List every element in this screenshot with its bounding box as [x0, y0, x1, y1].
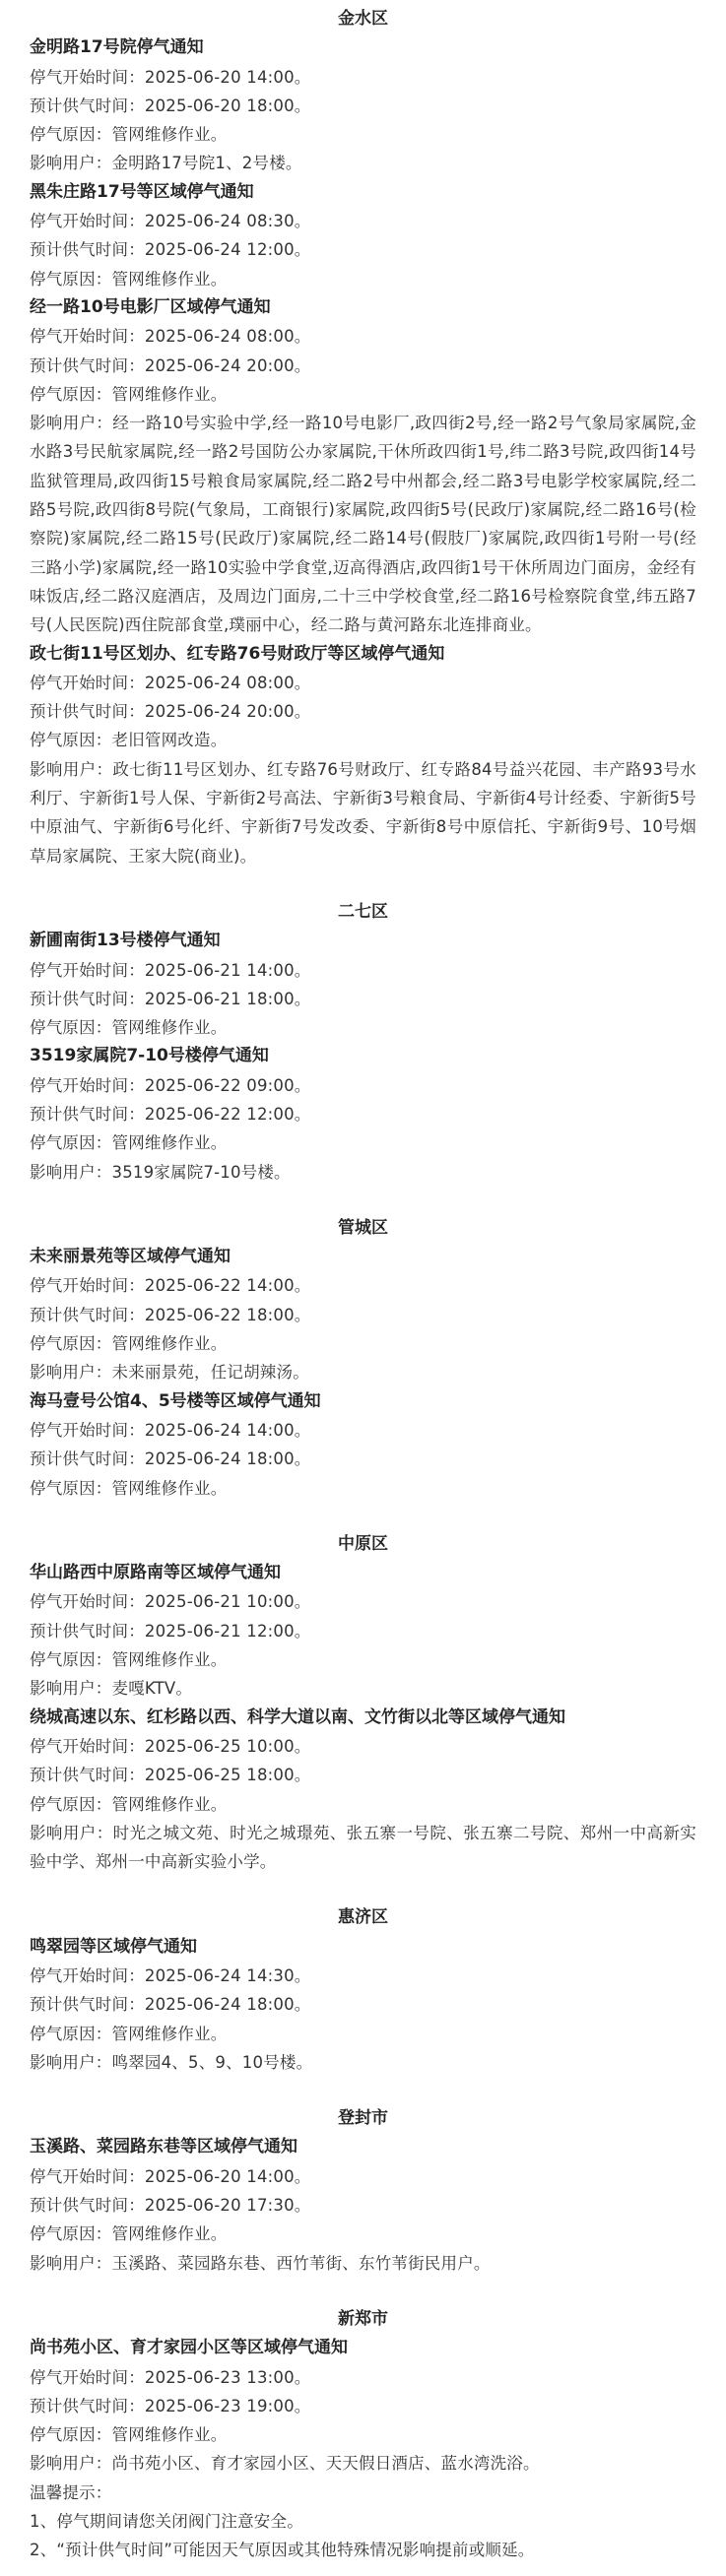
users-value: 3519家属院7-10号楼。: [112, 1163, 291, 1182]
users-label: 影响用户：: [30, 1163, 112, 1182]
notice-title: 新圃南街13号楼停气通知: [30, 927, 696, 955]
start-time: 停气开始时间：2025-06-22 09:00。: [30, 1071, 696, 1100]
district-title: 管城区: [30, 1214, 696, 1243]
notice: 华山路西中原路南等区域停气通知 停气开始时间：2025-06-21 10:00。…: [30, 1559, 696, 1703]
reason-value: 管网维修作业。: [112, 1018, 228, 1037]
reason-label: 停气原因：: [30, 1133, 112, 1152]
end-value: 2025-06-25 18:00。: [145, 1766, 311, 1784]
reason: 停气原因：管网维修作业。: [30, 1790, 696, 1819]
reason: 停气原因：老旧管网改造。: [30, 726, 696, 754]
affected-users: 影响用户：鸣翠园4、5、9、10号楼。: [30, 2048, 696, 2077]
start-value: 2025-06-24 08:00。: [145, 327, 311, 346]
reason-value: 管网维修作业。: [112, 270, 228, 289]
end-label: 预计供气时间：: [30, 2196, 145, 2215]
reason-label: 停气原因：: [30, 2224, 112, 2243]
end-label: 预计供气时间：: [30, 97, 145, 115]
reason-label: 停气原因：: [30, 2025, 112, 2043]
notice-title: 未来丽景苑等区域停气通知: [30, 1243, 696, 1271]
end-label: 预计供气时间：: [30, 1995, 145, 2014]
notice: 绕城高速以东、红杉路以西、科学大道以南、文竹街以北等区域停气通知 停气开始时间：…: [30, 1704, 696, 1877]
users-label: 影响用户：: [30, 1824, 113, 1842]
district-section-huiji: 惠济区 鸣翠园等区域停气通知 停气开始时间：2025-06-24 14:30。 …: [30, 1903, 696, 2077]
end-time: 预计供气时间：2025-06-24 20:00。: [30, 352, 696, 380]
notice: 黑朱庄路17号等区域停气通知 停气开始时间：2025-06-24 08:30。 …: [30, 178, 696, 293]
notice-title: 海马壹号公馆4、5号楼等区域停气通知: [30, 1387, 696, 1416]
start-time: 停气开始时间：2025-06-24 08:00。: [30, 669, 696, 697]
end-value: 2025-06-24 18:00。: [145, 1995, 311, 2014]
start-time: 停气开始时间：2025-06-25 10:00。: [30, 1732, 696, 1761]
users-value: 时光之城文苑、时光之城璟苑、张五寨一号院、张五寨二号院、郑州一中高新实验中学、郑…: [30, 1824, 696, 1871]
end-value: 2025-06-21 18:00。: [145, 990, 311, 1008]
tips-heading: 温馨提示：: [30, 2479, 696, 2507]
district-section-guancheng: 管城区 未来丽景苑等区域停气通知 停气开始时间：2025-06-22 14:00…: [30, 1214, 696, 1503]
reason-label: 停气原因：: [30, 1334, 112, 1353]
end-value: 2025-06-20 17:30。: [145, 2196, 311, 2215]
notice: 鸣翠园等区域停气通知 停气开始时间：2025-06-24 14:30。 预计供气…: [30, 1933, 696, 2077]
end-label: 预计供气时间：: [30, 702, 145, 721]
reason: 停气原因：管网维修作业。: [30, 2220, 696, 2248]
reason: 停气原因：管网维修作业。: [30, 1474, 696, 1503]
tip-item: 1、停气期间请您关闭阀门注意安全。: [30, 2507, 696, 2536]
end-value: 2025-06-24 18:00。: [145, 1449, 311, 1468]
reason-label: 停气原因：: [30, 1650, 112, 1669]
end-value: 2025-06-20 18:00。: [145, 97, 311, 115]
end-value: 2025-06-24 20:00。: [145, 702, 311, 721]
start-label: 停气开始时间：: [30, 327, 145, 346]
end-label: 预计供气时间：: [30, 1766, 145, 1784]
affected-users: 影响用户：玉溪路、菜园路东巷、西竹苇街、东竹苇街民用户。: [30, 2249, 696, 2278]
start-label: 停气开始时间：: [30, 1076, 145, 1095]
end-value: 2025-06-22 18:00。: [145, 1306, 311, 1324]
start-time: 停气开始时间：2025-06-24 08:30。: [30, 207, 696, 235]
reason: 停气原因：管网维修作业。: [30, 380, 696, 409]
reason-value: 管网维修作业。: [112, 1479, 228, 1498]
start-label: 停气开始时间：: [30, 1421, 145, 1440]
start-time: 停气开始时间：2025-06-20 14:00。: [30, 2162, 696, 2191]
reason-value: 管网维修作业。: [112, 2425, 228, 2444]
users-value: 金明路17号院1、2号楼。: [112, 154, 302, 172]
start-label: 停气开始时间：: [30, 212, 145, 230]
end-value: 2025-06-22 12:00。: [145, 1105, 311, 1124]
users-label: 影响用户：: [30, 2254, 112, 2273]
users-value: 经一路10号实验中学,经一路10号电影厂,政四街2号,经一路2号气象局家属院,金…: [30, 414, 696, 634]
end-label: 预计供气时间：: [30, 1449, 145, 1468]
start-time: 停气开始时间：2025-06-22 14:00。: [30, 1271, 696, 1300]
reason: 停气原因：管网维修作业。: [30, 120, 696, 149]
end-time: 预计供气时间：2025-06-21 12:00。: [30, 1617, 696, 1645]
district-title: 新郑市: [30, 2305, 696, 2334]
reason-label: 停气原因：: [30, 731, 112, 749]
reason-label: 停气原因：: [30, 1018, 112, 1037]
users-label: 影响用户：: [30, 1363, 112, 1382]
end-time: 预计供气时间：2025-06-25 18:00。: [30, 1761, 696, 1789]
district-title: 惠济区: [30, 1903, 696, 1932]
start-label: 停气开始时间：: [30, 674, 145, 692]
notice: 未来丽景苑等区域停气通知 停气开始时间：2025-06-22 14:00。 预计…: [30, 1243, 696, 1386]
district-section-xinzheng: 新郑市 尚书苑小区、育才家园小区等区域停气通知 停气开始时间：2025-06-2…: [30, 2305, 696, 2565]
notice-title: 华山路西中原路南等区域停气通知: [30, 1559, 696, 1587]
warm-tips: 温馨提示： 1、停气期间请您关闭阀门注意安全。 2、“预计供气时间”可能因天气原…: [30, 2479, 696, 2565]
end-time: 预计供气时间：2025-06-22 18:00。: [30, 1301, 696, 1329]
reason: 停气原因：管网维修作业。: [30, 1013, 696, 1042]
reason-value: 管网维修作业。: [112, 2224, 228, 2243]
reason-value: 管网维修作业。: [112, 1133, 228, 1152]
end-time: 预计供气时间：2025-06-20 18:00。: [30, 92, 696, 120]
notice: 玉溪路、菜园路东巷等区域停气通知 停气开始时间：2025-06-20 14:00…: [30, 2133, 696, 2277]
users-value: 玉溪路、菜园路东巷、西竹苇街、东竹苇街民用户。: [112, 2254, 491, 2273]
reason: 停气原因：管网维修作业。: [30, 265, 696, 293]
start-value: 2025-06-24 08:30。: [145, 212, 311, 230]
users-value: 政七街11号区划办、红专路76号财政厅、红专路84号益兴花园、丰产路93号水利厅…: [30, 760, 696, 866]
notice-title: 玉溪路、菜园路东巷等区域停气通知: [30, 2133, 696, 2161]
notice-title: 绕城高速以东、红杉路以西、科学大道以南、文竹街以北等区域停气通知: [30, 1704, 696, 1732]
reason-label: 停气原因：: [30, 270, 112, 289]
gas-outage-notice-page: 金水区 金明路17号院停气通知 停气开始时间：2025-06-20 14:00。…: [0, 0, 726, 2565]
end-time: 预计供气时间：2025-06-20 17:30。: [30, 2191, 696, 2220]
district-section-jinshui: 金水区 金明路17号院停气通知 停气开始时间：2025-06-20 14:00。…: [30, 5, 696, 870]
notice: 尚书苑小区、育才家园小区等区域停气通知 停气开始时间：2025-06-23 13…: [30, 2334, 696, 2478]
reason-value: 管网维修作业。: [112, 385, 228, 404]
end-time: 预计供气时间：2025-06-24 12:00。: [30, 235, 696, 264]
end-label: 预计供气时间：: [30, 1105, 145, 1124]
end-value: 2025-06-24 12:00。: [145, 240, 311, 259]
end-time: 预计供气时间：2025-06-24 20:00。: [30, 697, 696, 726]
affected-users: 影响用户：尚书苑小区、育才家园小区、天天假日酒店、蓝水湾洗浴。: [30, 2449, 696, 2478]
start-value: 2025-06-21 14:00。: [145, 961, 311, 980]
start-time: 停气开始时间：2025-06-24 08:00。: [30, 322, 696, 351]
reason-value: 管网维修作业。: [112, 1650, 228, 1669]
users-label: 影响用户：: [30, 414, 112, 432]
start-time: 停气开始时间：2025-06-23 13:00。: [30, 2363, 696, 2392]
start-value: 2025-06-22 09:00。: [145, 1076, 311, 1095]
reason: 停气原因：管网维修作业。: [30, 1128, 696, 1157]
affected-users: 影响用户：麦嘎KTV。: [30, 1674, 696, 1703]
reason-label: 停气原因：: [30, 1795, 112, 1814]
end-label: 预计供气时间：: [30, 356, 145, 375]
notice-title: 经一路10号电影厂区域停气通知: [30, 293, 696, 322]
start-value: 2025-06-23 13:00。: [145, 2368, 311, 2387]
notice-title: 3519家属院7-10号楼停气通知: [30, 1042, 696, 1070]
affected-users: 影响用户：政七街11号区划办、红专路76号财政厅、红专路84号益兴花园、丰产路9…: [30, 755, 696, 870]
notice: 经一路10号电影厂区域停气通知 停气开始时间：2025-06-24 08:00。…: [30, 293, 696, 640]
start-label: 停气开始时间：: [30, 1737, 145, 1756]
reason: 停气原因：管网维修作业。: [30, 1329, 696, 1358]
users-value: 鸣翠园4、5、9、10号楼。: [112, 2053, 313, 2072]
affected-users: 影响用户：未来丽景苑，任记胡辣汤。: [30, 1358, 696, 1386]
start-time: 停气开始时间：2025-06-24 14:00。: [30, 1416, 696, 1445]
start-label: 停气开始时间：: [30, 1276, 145, 1295]
reason-label: 停气原因：: [30, 2425, 112, 2444]
end-time: 预计供气时间：2025-06-22 12:00。: [30, 1100, 696, 1128]
reason-label: 停气原因：: [30, 1479, 112, 1498]
start-time: 停气开始时间：2025-06-21 14:00。: [30, 956, 696, 985]
users-label: 影响用户：: [30, 2053, 112, 2072]
notice: 金明路17号院停气通知 停气开始时间：2025-06-20 14:00。 预计供…: [30, 33, 696, 177]
end-label: 预计供气时间：: [30, 990, 145, 1008]
notice-title: 政七街11号区划办、红专路76号财政厅等区域停气通知: [30, 640, 696, 669]
users-label: 影响用户：: [30, 2454, 112, 2473]
notice: 海马壹号公馆4、5号楼等区域停气通知 停气开始时间：2025-06-24 14:…: [30, 1387, 696, 1503]
start-value: 2025-06-24 14:30。: [145, 1966, 311, 1985]
notice-title: 黑朱庄路17号等区域停气通知: [30, 178, 696, 207]
start-time: 停气开始时间：2025-06-21 10:00。: [30, 1587, 696, 1616]
reason-label: 停气原因：: [30, 125, 112, 144]
affected-users: 影响用户：时光之城文苑、时光之城璟苑、张五寨一号院、张五寨二号院、郑州一中高新实…: [30, 1819, 696, 1877]
start-time: 停气开始时间：2025-06-24 14:30。: [30, 1962, 696, 1990]
users-value: 尚书苑小区、育才家园小区、天天假日酒店、蓝水湾洗浴。: [112, 2454, 540, 2473]
tip-item: 2、“预计供气时间”可能因天气原因或其他特殊情况影响提前或顺延。: [30, 2536, 696, 2564]
district-title: 二七区: [30, 898, 696, 927]
notice: 政七街11号区划办、红专路76号财政厅等区域停气通知 停气开始时间：2025-0…: [30, 640, 696, 870]
users-label: 影响用户：: [30, 1679, 112, 1698]
reason: 停气原因：管网维修作业。: [30, 2020, 696, 2048]
end-time: 预计供气时间：2025-06-23 19:00。: [30, 2392, 696, 2420]
district-title: 金水区: [30, 5, 696, 33]
start-value: 2025-06-20 14:00。: [145, 68, 311, 87]
reason: 停气原因：管网维修作业。: [30, 1645, 696, 1674]
start-value: 2025-06-24 08:00。: [145, 674, 311, 692]
start-label: 停气开始时间：: [30, 1966, 145, 1985]
affected-users: 影响用户：金明路17号院1、2号楼。: [30, 149, 696, 177]
end-time: 预计供气时间：2025-06-24 18:00。: [30, 1990, 696, 2019]
reason-label: 停气原因：: [30, 385, 112, 404]
start-label: 停气开始时间：: [30, 961, 145, 980]
start-label: 停气开始时间：: [30, 1592, 145, 1611]
reason: 停气原因：管网维修作业。: [30, 2420, 696, 2449]
reason-value: 管网维修作业。: [112, 125, 228, 144]
reason-value: 管网维修作业。: [112, 2025, 228, 2043]
reason-value: 老旧管网改造。: [112, 731, 228, 749]
end-value: 2025-06-21 12:00。: [145, 1622, 311, 1641]
start-label: 停气开始时间：: [30, 2167, 145, 2186]
end-time: 预计供气时间：2025-06-24 18:00。: [30, 1445, 696, 1473]
notice: 3519家属院7-10号楼停气通知 停气开始时间：2025-06-22 09:0…: [30, 1042, 696, 1186]
start-value: 2025-06-22 14:00。: [145, 1276, 311, 1295]
affected-users: 影响用户：3519家属院7-10号楼。: [30, 1158, 696, 1187]
users-label: 影响用户：: [30, 154, 112, 172]
end-label: 预计供气时间：: [30, 1622, 145, 1641]
end-label: 预计供气时间：: [30, 240, 145, 259]
start-label: 停气开始时间：: [30, 2368, 145, 2387]
district-section-dengfeng: 登封市 玉溪路、菜园路东巷等区域停气通知 停气开始时间：2025-06-20 1…: [30, 2104, 696, 2278]
start-label: 停气开始时间：: [30, 68, 145, 87]
users-value: 未来丽景苑，任记胡辣汤。: [112, 1363, 309, 1382]
district-section-erqi: 二七区 新圃南街13号楼停气通知 停气开始时间：2025-06-21 14:00…: [30, 898, 696, 1187]
start-value: 2025-06-20 14:00。: [145, 2167, 311, 2186]
notice-title: 金明路17号院停气通知: [30, 33, 696, 62]
notice: 新圃南街13号楼停气通知 停气开始时间：2025-06-21 14:00。 预计…: [30, 927, 696, 1042]
reason-value: 管网维修作业。: [112, 1334, 228, 1353]
end-value: 2025-06-23 19:00。: [145, 2397, 311, 2415]
notice-title: 尚书苑小区、育才家园小区等区域停气通知: [30, 2334, 696, 2362]
start-time: 停气开始时间：2025-06-20 14:00。: [30, 63, 696, 92]
district-title: 登封市: [30, 2104, 696, 2133]
users-value: 麦嘎KTV。: [112, 1679, 193, 1698]
affected-users: 影响用户：经一路10号实验中学,经一路10号电影厂,政四街2号,经一路2号气象局…: [30, 409, 696, 639]
reason-value: 管网维修作业。: [112, 1795, 228, 1814]
start-value: 2025-06-21 10:00。: [145, 1592, 311, 1611]
end-time: 预计供气时间：2025-06-21 18:00。: [30, 985, 696, 1013]
users-label: 影响用户：: [30, 760, 112, 779]
notice-title: 鸣翠园等区域停气通知: [30, 1933, 696, 1962]
district-title: 中原区: [30, 1530, 696, 1559]
end-label: 预计供气时间：: [30, 2397, 145, 2415]
end-label: 预计供气时间：: [30, 1306, 145, 1324]
start-value: 2025-06-25 10:00。: [145, 1737, 311, 1756]
district-section-zhongyuan: 中原区 华山路西中原路南等区域停气通知 停气开始时间：2025-06-21 10…: [30, 1530, 696, 1877]
end-value: 2025-06-24 20:00。: [145, 356, 311, 375]
start-value: 2025-06-24 14:00。: [145, 1421, 311, 1440]
